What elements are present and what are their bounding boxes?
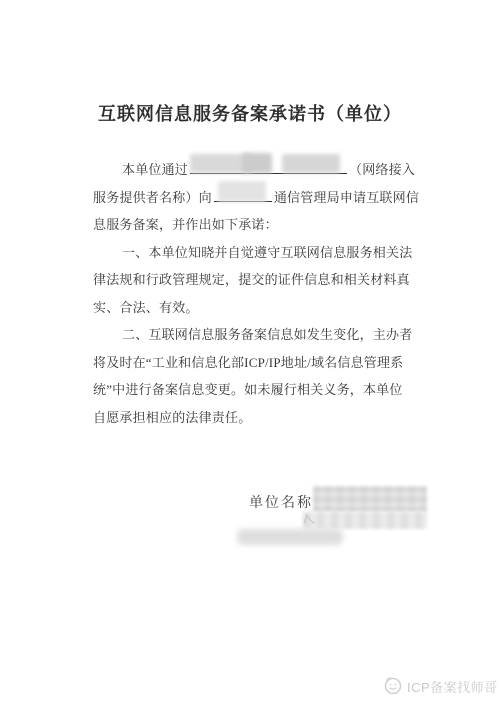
fill-in-blank-provider bbox=[190, 170, 347, 174]
ink-remnant bbox=[303, 513, 315, 525]
document-page: 互联网信息服务备案承诺书（单位） 本单位通过（网络接入 服务提供者名称）向通信管… bbox=[0, 0, 500, 707]
body-line: 统”中进行备案信息变更。如未履行相关义务，本单位 bbox=[93, 382, 403, 397]
redaction-block-unit-name bbox=[313, 486, 427, 512]
body-line: 二、互联网信息服务备案信息如发生变化，主办者 bbox=[93, 327, 412, 342]
body-line: 律法规和行政管理规定，提交的证件信息和相关材料真 bbox=[93, 272, 410, 287]
redaction-block bbox=[282, 154, 340, 173]
body-line: 一、本单位知晓并自觉遵守互联网信息服务相关法 bbox=[93, 245, 412, 260]
body-line: 息服务备案，并作出如下承诺： bbox=[93, 217, 278, 232]
body-text: （网络接入 bbox=[349, 162, 415, 177]
redaction-block bbox=[218, 181, 266, 202]
document-title: 互联网信息服务备案承诺书（单位） bbox=[0, 100, 500, 126]
body-line: 实、合法、有效。 bbox=[93, 300, 199, 315]
redaction-block-unit-name-3 bbox=[237, 529, 343, 545]
redaction-block-unit-name-2 bbox=[303, 512, 427, 529]
body-text: 通信管理局申请互联网信 bbox=[274, 190, 419, 205]
mascot-icon bbox=[383, 676, 403, 696]
watermark-text: ICP备案找师哥 bbox=[407, 677, 498, 696]
body-text: 服务提供者名称）向 bbox=[93, 190, 212, 205]
watermark: ICP备案找师哥 bbox=[383, 676, 498, 696]
body-line: 将及时在“工业和信息化部ICP/IP地址/域名信息管理系 bbox=[93, 355, 403, 370]
body-line: 自愿承担相应的法律责任。 bbox=[93, 410, 251, 425]
body-text: 本单位通过 bbox=[122, 162, 188, 177]
body-line: 服务提供者名称）向通信管理局申请互联网信 bbox=[93, 190, 419, 205]
body-line: 本单位通过（网络接入 bbox=[93, 162, 415, 177]
redaction-block bbox=[242, 153, 272, 173]
fill-in-blank-authority bbox=[214, 198, 272, 202]
